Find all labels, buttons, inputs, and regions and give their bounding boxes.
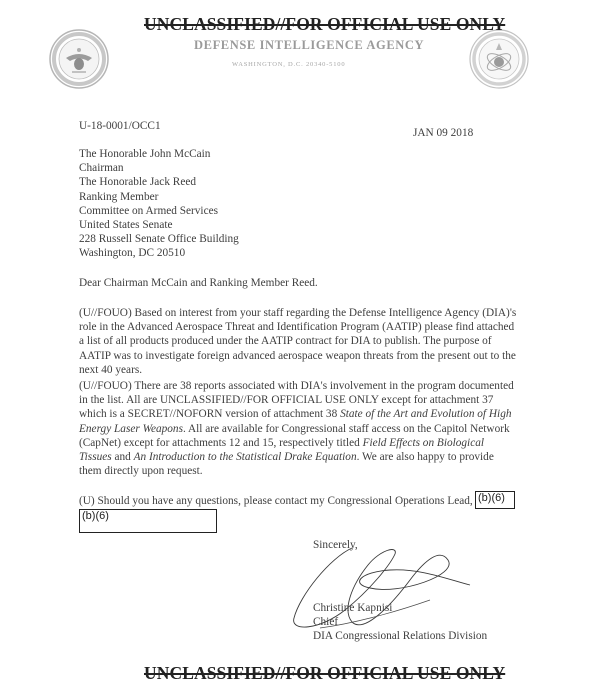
signer-name: Christine Kapnisi — [313, 601, 487, 615]
recipient-line: The Honorable Jack Reed — [79, 175, 239, 189]
paragraph-line: in the list. All are UNCLASSIFIED//FOR O… — [79, 393, 549, 407]
signer-division: DIA Congressional Relations Division — [313, 629, 487, 643]
paragraph-line: Tissues and An Introduction to the Stati… — [79, 450, 549, 464]
paragraph-contact: (U) Should you have any questions, pleas… — [79, 494, 473, 508]
paragraph-line: AATIP was to investigate foreign advance… — [79, 349, 549, 363]
paragraph-aatip-purpose: (U//FOUO) Based on interest from your st… — [79, 306, 549, 377]
paragraph-line: which is a SECRET//NOFORN version of att… — [79, 407, 549, 421]
recipient-line: The Honorable John McCain — [79, 147, 239, 161]
text-span: . We are also happy to provide — [357, 451, 494, 463]
dod-seal-icon — [48, 28, 110, 90]
salutation: Dear Chairman McCain and Ranking Member … — [79, 276, 318, 290]
paragraph-line: (CapNet) except for attachments 12 and 1… — [79, 436, 549, 450]
agency-address: WASHINGTON, D.C. 20340-5100 — [232, 61, 345, 68]
paragraph-line: a list of all products produced under th… — [79, 334, 549, 348]
recipient-line: United States Senate — [79, 218, 239, 232]
recipient-line: Washington, DC 20510 — [79, 246, 239, 260]
recipient-line: 228 Russell Senate Office Building — [79, 232, 239, 246]
letter-date: JAN 09 2018 — [413, 126, 473, 140]
report-title: An Introduction to the Statistical Drake… — [134, 451, 357, 463]
report-title: State of the Art and Evolution of High — [340, 408, 511, 420]
text-span: (CapNet) except for attachments 12 and 1… — [79, 437, 363, 449]
recipient-block: The Honorable John McCain Chairman The H… — [79, 147, 239, 261]
header-classification: UNCLASSIFIED//FOR OFFICIAL USE ONLY — [144, 14, 505, 35]
text-span: . All are available for Congressional st… — [183, 423, 510, 435]
paragraph-line: them directly upon request. — [79, 464, 549, 478]
report-title: Tissues — [79, 451, 112, 463]
redaction-box: (b)(6) — [79, 509, 217, 533]
text-span: and — [112, 451, 134, 463]
paragraph-reports-list: (U//FOUO) There are 38 reports associate… — [79, 379, 549, 478]
paragraph-line: (U//FOUO) Based on interest from your st… — [79, 306, 549, 320]
recipient-line: Ranking Member — [79, 190, 239, 204]
footer-classification: UNCLASSIFIED//FOR OFFICIAL USE ONLY — [144, 663, 505, 684]
paragraph-line: (U//FOUO) There are 38 reports associate… — [79, 379, 549, 393]
signer-title: Chief — [313, 615, 487, 629]
dia-seal-icon — [468, 28, 530, 90]
paragraph-line: next 40 years. — [79, 363, 549, 377]
paragraph-line: Energy Laser Weapons. All are available … — [79, 422, 549, 436]
recipient-line: Chairman — [79, 161, 239, 175]
report-title: Field Effects on Biological — [363, 437, 484, 449]
paragraph-line: role in the Advanced Aerospace Threat an… — [79, 320, 549, 334]
signature-block: Christine Kapnisi Chief DIA Congressiona… — [313, 601, 487, 644]
text-span: which is a SECRET//NOFORN version of att… — [79, 408, 340, 420]
reference-number: U-18-0001/OCC1 — [79, 119, 161, 133]
recipient-line: Committee on Armed Services — [79, 204, 239, 218]
redaction-box: (b)(6) — [475, 491, 515, 509]
report-title: Energy Laser Weapons — [79, 423, 183, 435]
agency-name: DEFENSE INTELLIGENCE AGENCY — [194, 38, 424, 53]
